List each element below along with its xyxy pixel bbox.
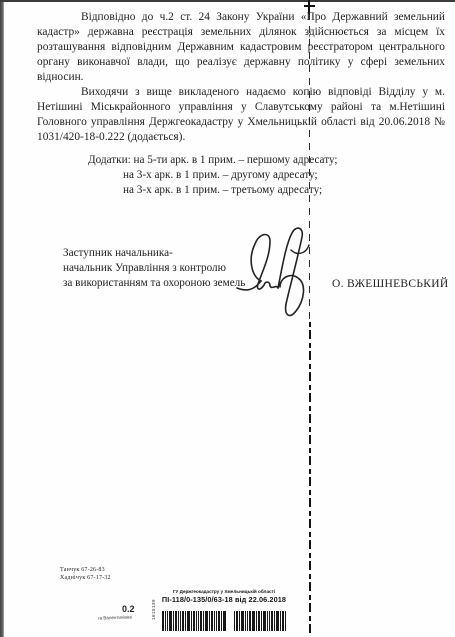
stamp-registration-number: ПІ-118/0-135/0/63-18 від 22.06.2018 — [155, 595, 293, 604]
scan-left-edge-artifact — [0, 0, 4, 637]
attachments-line-1: Додатки: на 5-ти арк. в 1 прим. – першом… — [88, 153, 338, 168]
fold-line-lower — [309, 322, 311, 637]
fold-mark-top-tick — [304, 5, 315, 7]
handwritten-signature — [234, 224, 316, 322]
signer-title-line-3: за використанням та охороною земель — [63, 276, 245, 291]
signer-title-line-1: Заступник начальника- — [63, 246, 245, 261]
letter-body: Відповідно до ч.2 ст. 24 Закону України … — [37, 10, 445, 145]
attachment-item-2: на 3-х арк. в 1 прим. – другому адресату… — [123, 168, 338, 183]
executor-contacts: Танчук 67-26-83 Хаднічук 67-17-32 — [60, 566, 111, 582]
signer-name: О. ВЖЕШНЕВСЬКИЙ — [332, 278, 448, 290]
pencil-note-comment: га Валентинівна — [98, 614, 132, 620]
scanned-letter-page: Відповідно до ч.2 ст. 24 Закону України … — [0, 0, 455, 637]
executor-contact-2: Хаднічук 67-17-32 — [60, 574, 111, 582]
registration-barcode — [162, 611, 287, 631]
paragraph-response: Виходячи з вище викладеного надаємо копі… — [37, 85, 445, 145]
attachments-label: Додатки: — [88, 154, 131, 166]
attachments-block: Додатки: на 5-ти арк. в 1 прим. – першом… — [88, 153, 338, 198]
paragraph-legal-basis: Відповідно до ч.2 ст. 24 Закону України … — [37, 10, 445, 85]
scan-top-edge-artifact — [0, 0, 455, 2]
attachment-item-1: на 5-ти арк. в 1 прим. – першому адресат… — [134, 154, 338, 166]
signer-title-block: Заступник начальника- начальник Управлін… — [63, 246, 245, 291]
attachment-item-3: на 3-х арк. в 1 прим. – третьому адресат… — [123, 183, 338, 198]
executor-contact-1: Танчук 67-26-83 — [60, 566, 111, 574]
stamp-side-number: 1615139 — [151, 599, 156, 620]
registration-stamp: ГУ Держгеокадастру у Хмельницькій област… — [155, 589, 293, 604]
pencil-note-area: 0.2 — [122, 604, 135, 614]
signer-title-line-2: начальник Управління з контролю — [63, 261, 245, 276]
